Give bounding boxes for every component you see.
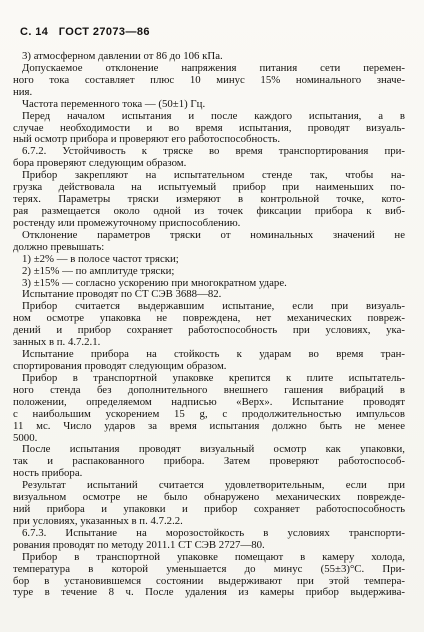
text-line: туре в течение 8 ч. После удаления из ка… (13, 587, 405, 599)
text-line: 3) ±15% — согласно ускорению при многокр… (13, 278, 405, 290)
text-line: ния. (13, 87, 405, 99)
text-line: 3) атмосферном давлении от 86 до 106 кПа… (13, 51, 405, 63)
text-line: 6.7.2. Устойчивость к тряске во время тр… (13, 146, 405, 158)
page-text: 3) атмосферном давлении от 86 до 106 кПа… (13, 51, 405, 599)
text-line: Испытание прибора на стойкость к ударам … (13, 349, 405, 361)
text-line: ность прибора. (13, 468, 405, 480)
text-line: дений и прибор сохраняет работоспособнос… (13, 325, 405, 337)
page-header: С. 14 ГОСТ 27073—86 (20, 26, 150, 38)
text-line: грузка действовала на испытуемый прибор … (13, 182, 405, 194)
text-line: рая размещается около одной из точек фик… (13, 206, 405, 218)
text-line: с наибольшим ускорением 15 g, с продолжи… (13, 409, 405, 421)
text-line: Допускаемое отклонение напряжения питани… (13, 63, 405, 75)
text-line: занных в п. 4.7.2.1. (13, 337, 405, 349)
text-line: температура в которой уменьшается до мин… (13, 564, 405, 576)
document-number: ГОСТ 27073—86 (59, 26, 150, 38)
text-line: 2) ±15% — по амплитуде тряски; (13, 266, 405, 278)
text-line: 6.7.3. Испытание на морозостойкость в ус… (13, 528, 405, 540)
document-page: С. 14 ГОСТ 27073—86 3) атмосферном давле… (0, 0, 424, 632)
text-line: 1) ±2% — в полосе частот тряски; (13, 254, 405, 266)
text-line: ний прибора и упаковки и прибор сохраняе… (13, 504, 405, 516)
text-line: Испытание проводят по СТ СЭВ 3688—82. (13, 289, 405, 301)
text-line: Результат испытаний считается удовлетвор… (13, 480, 405, 492)
text-line: ного тока составляет плюс 10 минус 15% н… (13, 75, 405, 87)
text-line: ростенду или промежуточному приспособлен… (13, 218, 405, 230)
text-line: положении, определяемом надписью «Верх».… (13, 397, 405, 409)
text-line: терях. Параметры тряски измеряют в контр… (13, 194, 405, 206)
page-number: С. 14 (20, 26, 48, 38)
text-line: случае необходимости и во время испытани… (13, 123, 405, 135)
text-line: ном осмотре упаковка не повреждена, нет … (13, 313, 405, 325)
text-line: рования проводят по методу 2011.1 СТ СЭВ… (13, 540, 405, 552)
text-line: визуальном осмотре не было обнаружено ме… (13, 492, 405, 504)
text-line: Отклонение параметров тряски от номиналь… (13, 230, 405, 242)
text-line: Прибор в транспортной упаковке помещают … (13, 552, 405, 564)
text-line: при условиях, указанных в п. 4.7.2.2. (13, 516, 405, 528)
text-line: ный осмотр прибора и проверяют его работ… (13, 134, 405, 146)
text-line: Прибор считается выдержавшим испытание, … (13, 301, 405, 313)
text-line: Прибор в транспортной упаковке крепится … (13, 373, 405, 385)
text-line: После испытания проводят визуальный осмо… (13, 444, 405, 456)
text-line: Перед началом испытания и после каждого … (13, 111, 405, 123)
text-line: так и распакованного прибора. Затем пров… (13, 456, 405, 468)
text-line: ного стенда без дополнительного внешнего… (13, 385, 405, 397)
text-line: бор в установившемся состоянии выдержива… (13, 576, 405, 588)
text-line: 5000. (13, 433, 405, 445)
text-line: должно превышать: (13, 242, 405, 254)
text-line: бора проверяют следующим образом. (13, 158, 405, 170)
text-line: 11 мс. Число ударов за время испытания д… (13, 421, 405, 433)
text-line: Частота переменного тока — (50±1) Гц. (13, 99, 405, 111)
text-line: спортирования проводят следующим образом… (13, 361, 405, 373)
text-line: Прибор закрепляют на испытательном стенд… (13, 170, 405, 182)
